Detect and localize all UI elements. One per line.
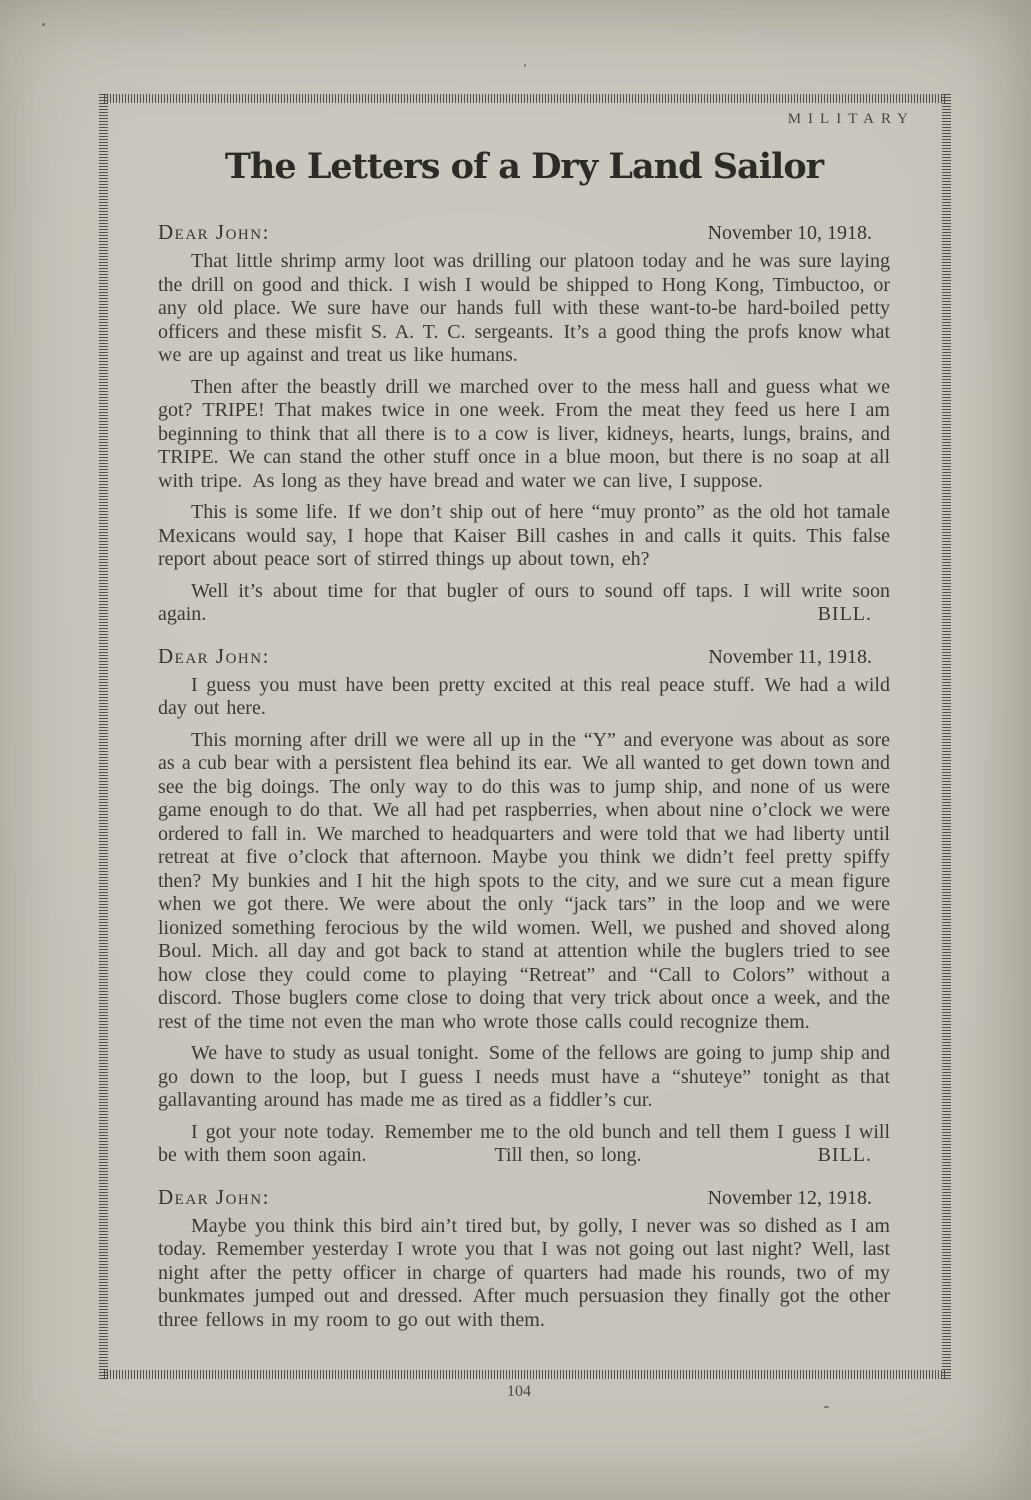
letter-heading: Dear John: November 12, 1918. [158,1185,890,1210]
letter-november-12: Dear John: November 12, 1918. Maybe you … [158,1185,890,1333]
salutation: Dear John: [158,220,270,245]
farewell-text: Till then, so long. [462,1144,642,1168]
scan-speck [524,64,526,67]
letter-paragraph: Then after the beastly drill we marched … [158,376,890,494]
letter-heading: Dear John: November 11, 1918. [158,644,890,669]
letter-paragraph: Maybe you think this bird ain’t tired bu… [158,1215,890,1333]
page-title: The Letters of a Dry Land Sailor [158,147,890,187]
letter-date: November 10, 1918. [708,222,872,245]
letter-heading: Dear John: November 10, 1918. [158,220,890,245]
letter-paragraph: This is some life. If we don’t ship out … [158,501,890,572]
border-right-ticks [942,94,951,1379]
signature: BILL. [785,1144,872,1168]
scan-speck [42,23,45,26]
letter-closing-paragraph: I got your note today. Remember me to th… [158,1121,890,1168]
border-left-ticks [99,94,108,1379]
scanned-book-page: MILITARY The Letters of a Dry Land Sailo… [0,0,1031,1500]
page-content: The Letters of a Dry Land Sailor Dear Jo… [158,147,890,1349]
letter-november-11: Dear John: November 11, 1918. I guess yo… [158,644,890,1168]
closing-text: Well it’s about time for that bugler of … [158,580,890,626]
letter-paragraph: This morning after drill we were all up … [158,729,890,1035]
scan-speck [824,1406,829,1408]
section-header: MILITARY [788,111,915,128]
border-bottom-ticks [104,1370,946,1379]
salutation: Dear John: [158,1185,270,1210]
letter-paragraph: I guess you must have been pretty excite… [158,674,890,721]
letter-date: November 12, 1918. [708,1187,872,1210]
letter-november-10: Dear John: November 10, 1918. That littl… [158,220,890,627]
page-number: 104 [99,1383,939,1401]
letter-paragraph: We have to study as usual tonight. Some … [158,1042,890,1113]
letter-paragraph: That little shrimp army loot was drillin… [158,250,890,368]
salutation: Dear John: [158,644,270,669]
letter-closing-paragraph: Well it’s about time for that bugler of … [158,580,890,627]
signature: BILL. [785,603,872,627]
letter-date: November 11, 1918. [708,646,872,669]
border-top-ticks [104,94,946,103]
